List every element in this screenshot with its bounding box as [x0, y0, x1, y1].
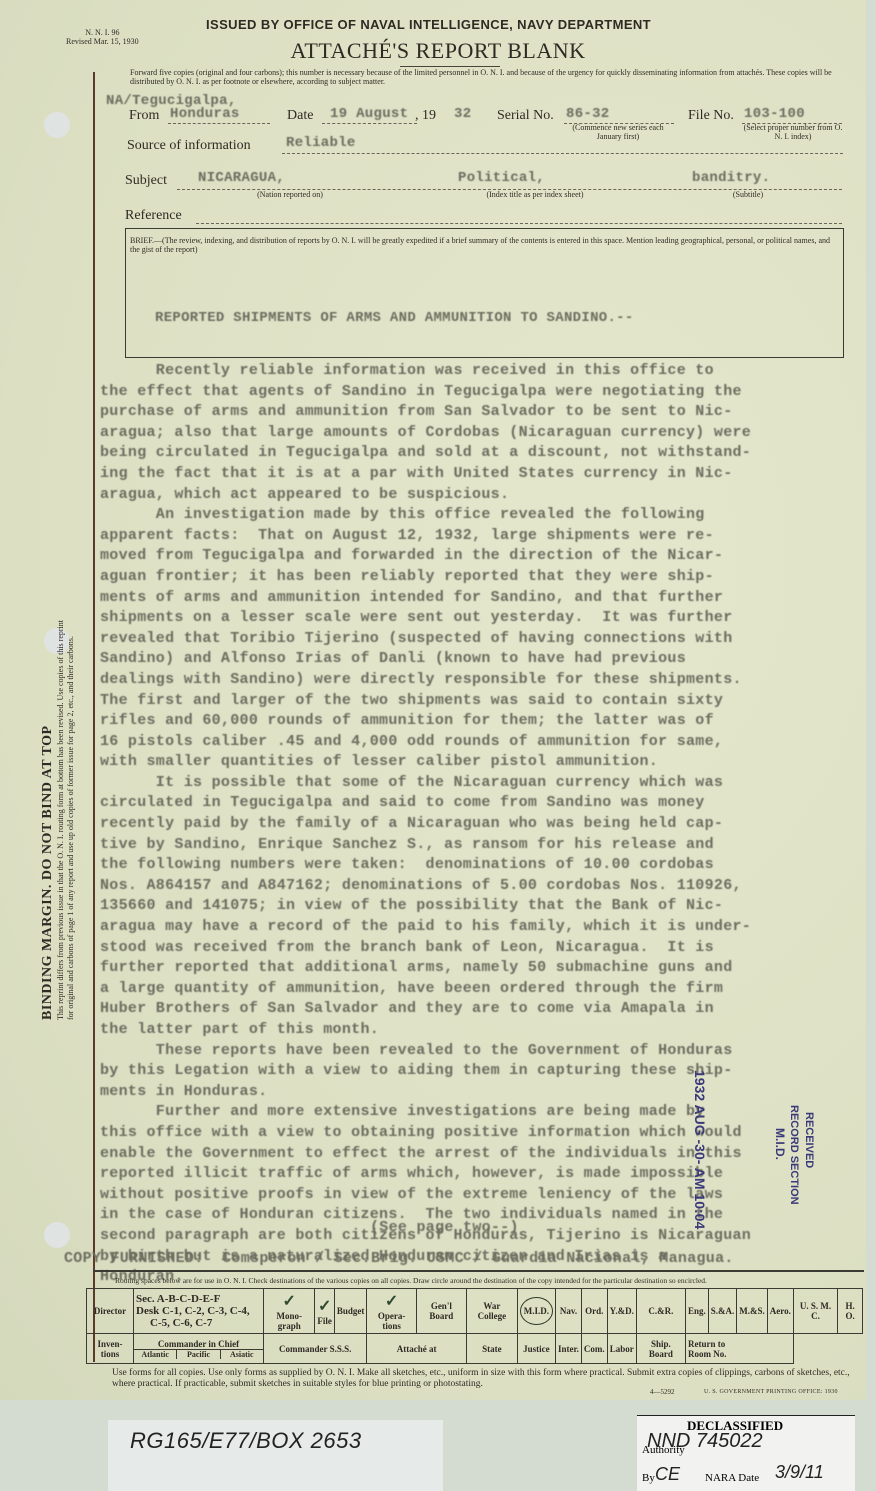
body-line: tive by Sandino, Enrique Sanchez S., as …	[100, 836, 860, 857]
room-label: Room No.	[688, 1349, 791, 1359]
body-line: stood was received from the branch bank …	[100, 939, 860, 960]
forward-note: Forward five copies (original and four c…	[130, 68, 846, 86]
routing-ho[interactable]: H. O.	[838, 1289, 863, 1334]
file-note: (Select proper number from O. N. I. inde…	[740, 123, 846, 141]
routing-inter[interactable]: Inter.	[556, 1334, 582, 1364]
body-line: without positive proofs in view of the e…	[100, 1186, 860, 1207]
year-prefix: , 19	[415, 108, 436, 124]
routing-labor[interactable]: Labor	[607, 1334, 636, 1364]
printer-credit: U. S. GOVERNMENT PRINTING OFFICE: 1930	[704, 1389, 838, 1395]
routing-note: Routing spaces below are for use in O. N…	[115, 1276, 707, 1285]
body-line: apparent facts: That on August 12, 1932,…	[100, 527, 860, 548]
footer-instructions: Use forms for all copies. Use only forms…	[112, 1368, 862, 1390]
body-line: aragua, which act appeared to be suspici…	[100, 486, 860, 507]
archive-label-card: RG165/E77/BOX 2653	[108, 1420, 443, 1491]
body-line: Huber Brothers of San Salvador and they …	[100, 1000, 860, 1021]
subject-nation-note: (Nation reported on)	[230, 190, 350, 199]
source-value[interactable]: Reliable	[286, 135, 356, 151]
date-label: Date	[287, 108, 313, 124]
body-line: being circulated in Tegucigalpa and sold…	[100, 444, 860, 465]
routing-table: Director Sec. A-B-C-D-E-F Desk C-1, C-2,…	[86, 1288, 863, 1364]
routing-rule	[93, 1270, 864, 1272]
serial-note: (Commence new series each January first)	[562, 123, 674, 141]
body-line: rifles and 60,000 rounds of ammunition f…	[100, 712, 860, 733]
subject-subtitle[interactable]: banditry.	[692, 170, 770, 186]
routing-nav[interactable]: Nav.	[556, 1289, 582, 1334]
subject-label: Subject	[125, 173, 167, 189]
serial-value[interactable]: 86-32	[566, 106, 610, 122]
body-line: aragua; also that large amounts of Cordo…	[100, 424, 860, 445]
report-body: Recently reliable information was receiv…	[100, 362, 860, 1289]
brief-summary[interactable]: REPORTED SHIPMENTS OF ARMS AND AMMUNITIO…	[155, 310, 634, 326]
from-label: From	[129, 108, 159, 124]
authority-value: NND 745022	[647, 1430, 763, 1453]
body-line: shipments on a lesser scale were sent ou…	[100, 609, 860, 630]
cinc-label: Commander in Chief	[134, 1339, 263, 1350]
title-rule	[400, 66, 500, 67]
body-line: An investigation made by this office rev…	[100, 506, 860, 527]
body-line: ing the fact that it is at a par with Un…	[100, 465, 860, 486]
source-line	[282, 152, 843, 154]
by-value: CE	[655, 1464, 680, 1485]
body-line: The first and larger of the two shipment…	[100, 692, 860, 713]
subject-subtitle-note: (Subtitle)	[718, 190, 778, 199]
body-line: ments in Honduras.	[100, 1083, 860, 1104]
body-line: ments of arms and ammunition intended fo…	[100, 589, 860, 610]
routing-mid[interactable]: M.I.D.	[517, 1289, 555, 1334]
body-line: aguan frontier; it has been reliably rep…	[100, 568, 860, 589]
binding-margin: BINDING MARGIN. DO NOT BIND AT TOP This …	[40, 560, 90, 1020]
body-line: the latter part of this month.	[100, 1021, 860, 1042]
routing-file[interactable]: ✓File	[315, 1289, 335, 1334]
body-line: moved from Tegucigalpa and forwarded in …	[100, 547, 860, 568]
routing-yd[interactable]: Y.&D.	[607, 1289, 636, 1334]
routing-ord[interactable]: Ord.	[581, 1289, 607, 1334]
year-value[interactable]: 32	[454, 106, 471, 122]
continuation-note: (See page two--)	[370, 1219, 519, 1236]
received-stamp-date: 1932 AUG -30- AM 10:04	[692, 1070, 708, 1280]
body-line: this office with a view to obtaining pos…	[100, 1124, 860, 1145]
subject-nation[interactable]: NICARAGUA,	[198, 170, 285, 186]
routing-pacific[interactable]: Pacific	[177, 1350, 220, 1359]
routing-cr[interactable]: C.&R.	[636, 1289, 685, 1334]
body-line: circulated in Tegucigalpa and said to co…	[100, 794, 860, 815]
routing-war-college[interactable]: War College	[466, 1289, 517, 1334]
reference-line	[196, 222, 842, 224]
routing-state[interactable]: State	[466, 1334, 517, 1364]
routing-sss[interactable]: Commander S.S.S.	[264, 1334, 367, 1364]
routing-genl-board[interactable]: Gen'l Board	[416, 1289, 466, 1334]
routing-attache[interactable]: Attaché at	[367, 1334, 466, 1364]
body-line: with smaller quantities of lesser calibe…	[100, 753, 860, 774]
body-line: aragua may have a record of the paid to …	[100, 918, 860, 939]
routing-ship-board[interactable]: Ship. Board	[636, 1334, 685, 1364]
body-line: dealings with Sandino) were directly res…	[100, 671, 860, 692]
nara-date-label: NARA Date	[705, 1472, 759, 1484]
body-line: the effect that agents of Sandino in Teg…	[100, 383, 860, 404]
reference-label: Reference	[125, 208, 182, 224]
routing-justice[interactable]: Justice	[517, 1334, 555, 1364]
file-value[interactable]: 103-100	[744, 106, 805, 122]
body-line: Recently reliable information was receiv…	[100, 362, 860, 383]
body-line: a large quantity of ammunition, have bee…	[100, 980, 860, 1001]
desk-label-2: C-5, C-6, C-7	[136, 1317, 261, 1329]
archive-reference: RG165/E77/BOX 2653	[130, 1428, 362, 1454]
from-line	[168, 122, 270, 124]
subject-index-note: (Index title as per index sheet)	[455, 190, 615, 199]
punch-hole	[44, 112, 70, 138]
record-section-stamp: RECORD SECTION	[788, 1105, 800, 1205]
body-line: reported illicit traffic of arms which, …	[100, 1165, 860, 1186]
body-line: the following numbers were taken: denomi…	[100, 856, 860, 877]
mid-stamp: M.I.D.	[773, 1128, 787, 1160]
body-line: by this Legation with a view to aiding t…	[100, 1062, 860, 1083]
body-line: purchase of arms and ammunition from San…	[100, 403, 860, 424]
routing-monograph[interactable]: ✓Mono-graph	[264, 1289, 315, 1334]
routing-cinc: Commander in Chief Atlantic Pacific Asia…	[134, 1334, 264, 1364]
received-stamp-label: RECEIVED	[803, 1112, 815, 1168]
routing-asiatic[interactable]: Asiatic	[221, 1350, 263, 1359]
routing-eng[interactable]: Eng.	[685, 1289, 708, 1334]
form-number: N. N. I. 96	[66, 28, 139, 37]
copy-furnished: COPY FURNISHED: Comsperon / Sec.Brig. US…	[64, 1250, 734, 1267]
routing-com[interactable]: Com.	[581, 1334, 607, 1364]
body-line: recently paid by the family of a Nicarag…	[100, 815, 860, 836]
body-line: Further and more extensive investigation…	[100, 1103, 860, 1124]
routing-sec-desk[interactable]: Sec. A-B-C-D-E-F Desk C-1, C-2, C-3, C-4…	[134, 1289, 264, 1334]
routing-budget[interactable]: Budget	[334, 1289, 367, 1334]
return-label: Return to	[688, 1339, 791, 1349]
from-value[interactable]: Honduras	[170, 106, 240, 122]
routing-atlantic[interactable]: Atlantic	[134, 1350, 177, 1359]
body-line: Nos. A864157 and A847162; denominations …	[100, 877, 860, 898]
routing-usmc[interactable]: U. S. M. C.	[793, 1289, 837, 1334]
routing-return[interactable]: Return to Room No.	[685, 1334, 793, 1364]
routing-operations[interactable]: ✓Opera-tions	[367, 1289, 416, 1334]
sec-label: Sec. A-B-C-D-E-F	[136, 1293, 261, 1305]
nara-date-value: 3/9/11	[775, 1462, 824, 1483]
body-line: enable the Government to effect the arre…	[100, 1145, 860, 1166]
body-line: 135660 and 141075; in view of the possib…	[100, 897, 860, 918]
declassified-stamp: DECLASSIFIED Authority NND 745022 By CE …	[637, 1415, 855, 1491]
routing-sa[interactable]: S.&A.	[708, 1289, 737, 1334]
body-line: revealed that Toribio Tijerino (suspecte…	[100, 630, 860, 651]
date-value[interactable]: 19 August	[330, 106, 408, 122]
check-mark-icon: ✓	[385, 1293, 398, 1310]
body-line: It is possible that some of the Nicaragu…	[100, 774, 860, 795]
source-label: Source of information	[127, 138, 251, 154]
routing-director[interactable]: Director	[87, 1289, 134, 1334]
brief-instructions: BRIEF.—(The review, indexing, and distri…	[130, 236, 840, 254]
desk-label: Desk C-1, C-2, C-3, C-4,	[136, 1305, 261, 1317]
circled-destination: M.I.D.	[520, 1297, 553, 1325]
body-line: further reported that additional arms, n…	[100, 959, 860, 980]
routing-inventions[interactable]: Inven-tions	[87, 1334, 134, 1364]
routing-ms[interactable]: M.&S.	[737, 1289, 768, 1334]
form-number-footer: 4—5292	[650, 1388, 675, 1396]
check-mark-icon: ✓	[283, 1293, 296, 1310]
page-title: ATTACHÉ'S REPORT BLANK	[0, 38, 876, 64]
binding-margin-text: BINDING MARGIN. DO NOT BIND AT TOP	[40, 560, 56, 1020]
body-line: 16 pistols caliber .45 and 4,000 odd rou…	[100, 733, 860, 754]
check-mark-icon: ✓	[318, 1298, 331, 1315]
margin-rule	[93, 72, 95, 1362]
reprint-note-1: This reprint differs from previous issue…	[56, 560, 66, 1020]
issued-by: ISSUED BY OFFICE OF NAVAL INTELLIGENCE, …	[206, 17, 651, 32]
date-line	[322, 122, 417, 124]
by-label: By	[642, 1472, 655, 1484]
serial-label: Serial No.	[497, 108, 554, 124]
routing-aero[interactable]: Aero.	[767, 1289, 793, 1334]
file-label: File No.	[688, 108, 734, 124]
punch-hole	[44, 1222, 70, 1248]
body-line: These reports have been revealed to the …	[100, 1042, 860, 1063]
report-page: N. N. I. 96 Revised Mar. 15, 1930 ISSUED…	[0, 0, 866, 1400]
reprint-note-2: for original and carbons of page 1 of an…	[66, 560, 76, 1020]
body-line: Sandino) and Alfonso Irias of Danli (kno…	[100, 650, 860, 671]
subject-index[interactable]: Political,	[458, 170, 545, 186]
